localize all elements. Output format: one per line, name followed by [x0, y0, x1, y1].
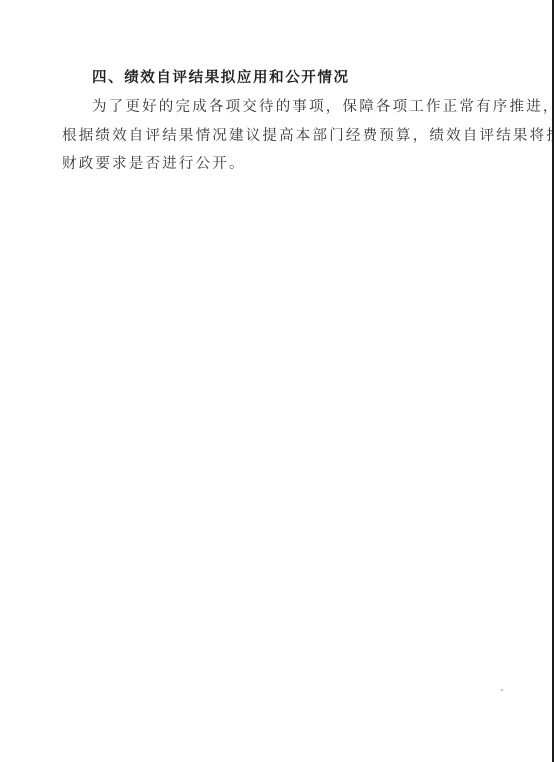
- paragraph-line-1: 为了更好的完成各项交待的事项，保障各项工作正常有序推进，: [92, 95, 554, 116]
- paragraph-line-3: 财政要求是否进行公开。: [62, 152, 246, 173]
- paragraph-line-2: 根据绩效自评结果情况建议提高本部门经费预算，绩效自评结果将按: [62, 124, 554, 145]
- section-heading: 四、绩效自评结果拟应用和公开情况: [92, 66, 350, 87]
- document-page: 四、绩效自评结果拟应用和公开情况 为了更好的完成各项交待的事项，保障各项工作正常…: [0, 0, 552, 762]
- scan-speck: [501, 689, 503, 691]
- scan-speck: [540, 138, 542, 140]
